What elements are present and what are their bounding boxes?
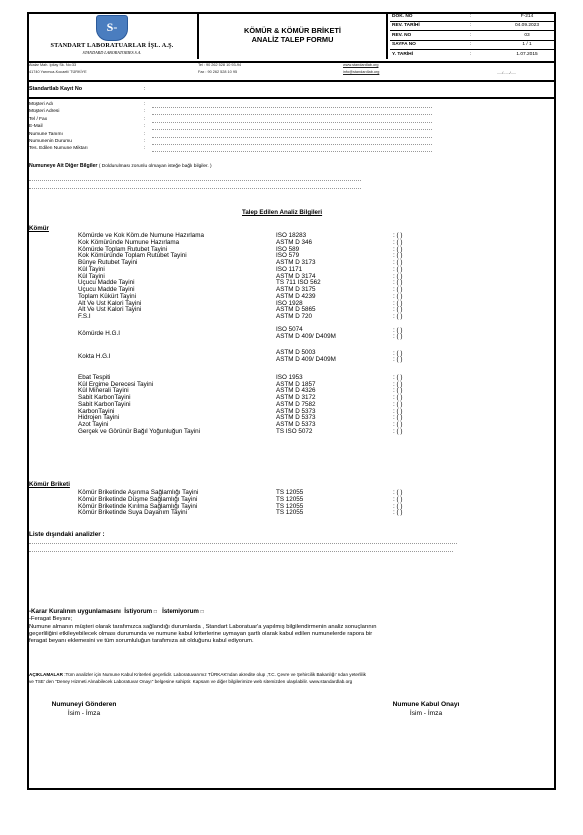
meta-key: DÖK. NO xyxy=(392,12,413,21)
website-link[interactable]: www.standardlab.org xyxy=(343,63,378,67)
customer-field-sep: : xyxy=(144,124,145,129)
analysis-name: Gerçek ve Görünür Bağıl Yoğunluğun Tayin… xyxy=(78,428,200,435)
customer-field-input[interactable] xyxy=(152,151,432,152)
customer-field-label: Numune Tanımı xyxy=(29,132,63,137)
customer-field-input[interactable] xyxy=(152,107,432,108)
waiver-text-3: feragat beyanı eklemesini ve tüm sorumlu… xyxy=(29,638,254,645)
customer-field-label: Müşteri Adresi xyxy=(29,109,59,114)
customer-field-input[interactable] xyxy=(152,129,432,130)
analysis-checkbox[interactable]: : ( ) xyxy=(393,509,402,516)
other-analyses-line-1[interactable] xyxy=(29,543,457,544)
analysis-standard: ASTM D 720 xyxy=(276,313,312,320)
meta-key: Y. TARİHİ xyxy=(392,50,413,59)
address-line2: 41740 Yarımca-Kocaeli/ TÜRKİYE xyxy=(29,70,87,74)
customer-field-sep: : xyxy=(144,109,145,114)
decision-no-label: İstemiyorum xyxy=(162,608,199,615)
company-subtitle: STANDARD LABORATORIES S.A. xyxy=(27,50,197,55)
notes-line2: ve TSE' den "Deney Hizmeti Alınabilecek … xyxy=(29,678,352,685)
customer-field-sep: : xyxy=(144,117,145,122)
waiver-title: -Feragat Beyanı; xyxy=(29,616,72,623)
customer-field-label: Müşteri Adı xyxy=(29,102,53,107)
meta-key: SAYFA NO xyxy=(392,40,416,49)
other-info-line-2[interactable] xyxy=(29,188,361,189)
date-field[interactable]: ...../....../..... xyxy=(497,71,516,75)
komur-section-title: Kömür xyxy=(29,225,49,232)
address-line1: Atalar Mah. İpilay Sk. No:33 xyxy=(29,63,76,67)
meta-sep: : xyxy=(470,12,471,21)
registration-label: Standartlab Kayıt No xyxy=(29,86,82,92)
customer-field-sep: : xyxy=(144,146,145,151)
analysis-standard: TS ISO 5072 xyxy=(276,428,312,435)
meta-value: 03 xyxy=(500,31,554,40)
other-analyses-label: Liste dışındaki analizler : xyxy=(29,531,105,538)
divider xyxy=(27,97,556,99)
customer-field-sep: : xyxy=(144,139,145,144)
customer-field-label: E-Mail xyxy=(29,124,43,129)
decision-yes-option[interactable]: İstiyorum □ xyxy=(123,608,157,615)
other-info-line-1[interactable] xyxy=(29,180,361,181)
approval-title: Numune Kabul Onayı xyxy=(356,701,496,708)
analysis-standard: ASTM D 409/ D409M xyxy=(276,356,336,363)
sender-signature[interactable]: İsim - İmza xyxy=(14,710,154,717)
other-info-note: ( Doldurulması zorunlu olmayan isteğe ba… xyxy=(99,164,212,169)
decision-rule-label: -Karar Kuralının uygunlamasını xyxy=(29,608,121,615)
document-meta: DÖK. NO:F-214REV. TARİHİ:04.09.2023REV. … xyxy=(390,12,554,59)
form-title-line2: ANALİZ TALEP FORMU xyxy=(199,35,386,44)
tel: Tel : 90 262 528 10 93-94 xyxy=(198,63,241,67)
customer-field-input[interactable] xyxy=(152,122,432,123)
analysis-name: Kömürde H.G.I xyxy=(78,330,120,337)
slab-logo-icon: S-Lab xyxy=(96,15,128,41)
other-info: Numuneye Ait Diğer Bilgiler ( Doldurulma… xyxy=(29,163,212,169)
analysis-name: Kokta H.G.I xyxy=(78,353,111,360)
analysis-standard: ASTM D 409/ D409M xyxy=(276,333,336,340)
registration-sep: : xyxy=(144,86,146,92)
email-link[interactable]: info@standardlab.org xyxy=(343,70,379,74)
customer-field-sep: : xyxy=(144,132,145,137)
analysis-standard: ISO 5074 xyxy=(276,326,303,333)
meta-sep: : xyxy=(470,21,471,30)
analysis-checkbox[interactable]: : ( ) xyxy=(393,428,402,435)
other-info-label: Numuneye Ait Diğer Bilgiler xyxy=(29,163,97,169)
meta-sep: : xyxy=(470,50,471,59)
decision-no-option[interactable]: İstemiyorum □ xyxy=(159,608,204,615)
fax: Fax : 90 262 528 10 95 xyxy=(198,70,237,74)
analysis-name: Kömür Briketinde Suya Dayanım Tayini xyxy=(78,509,187,516)
form-title: KÖMÜR & KÖMÜR BRİKETİ ANALİZ TALEP FORMU xyxy=(199,12,388,59)
customer-field-label: Tes. Edilen Numune Miktarı xyxy=(29,146,88,151)
customer-field-input[interactable] xyxy=(152,137,432,138)
analysis-standard: ASTM D 5003 xyxy=(276,349,316,356)
briket-section-title: Kömür Briketi xyxy=(29,481,70,488)
company-name: STANDART LABORATUARLAR İŞL. A.Ş. xyxy=(27,42,197,49)
customer-field-input[interactable] xyxy=(152,144,432,145)
customer-field-input[interactable] xyxy=(152,114,432,115)
logo-cell: S-Lab STANDART LABORATUARLAR İŞL. A.Ş. S… xyxy=(27,12,199,59)
analysis-checkbox[interactable]: : ( ) xyxy=(393,356,402,363)
decision-no-checkbox[interactable]: □ xyxy=(201,609,204,615)
decision-yes-checkbox[interactable]: □ xyxy=(154,609,157,615)
meta-value: 1 / 1 xyxy=(500,40,554,49)
customer-field-sep: : xyxy=(144,102,145,107)
meta-value: 1.07.2015 xyxy=(500,50,554,59)
analysis-checkbox[interactable]: : ( ) xyxy=(393,313,402,320)
meta-sep: : xyxy=(470,40,471,49)
customer-field-label: Tel / Fax xyxy=(29,117,47,122)
customer-field-label: Numunenin Durumu xyxy=(29,139,72,144)
approval-signature[interactable]: İsim - İmza xyxy=(356,710,496,717)
form-title-line1: KÖMÜR & KÖMÜR BRİKETİ xyxy=(199,26,386,35)
meta-sep: : xyxy=(470,31,471,40)
meta-key: REV. TARİHİ xyxy=(392,21,420,30)
meta-value: F-214 xyxy=(500,12,554,21)
other-analyses-line-2[interactable] xyxy=(29,551,453,552)
analysis-name: F.S.I xyxy=(78,313,91,320)
decision-yes-label: İstiyorum xyxy=(124,608,152,615)
decision-rule: -Karar Kuralının uygunlamasını İstiyorum… xyxy=(29,608,204,615)
form-header: S-Lab STANDART LABORATUARLAR İŞL. A.Ş. S… xyxy=(27,12,556,63)
divider xyxy=(27,80,556,82)
meta-row: Y. TARİHİ:1.07.2015 xyxy=(390,50,554,59)
analysis-checkbox[interactable]: : ( ) xyxy=(393,333,402,340)
analysis-title: Talep Edilen Analiz Bilgileri xyxy=(242,209,322,216)
sender-title: Numuneyi Gönderen xyxy=(14,701,154,708)
notes-label: AÇIKLAMALAR xyxy=(29,672,63,677)
notes-line1: AÇIKLAMALAR :Tüm analizler için Numune K… xyxy=(29,671,366,678)
notes-text-1: :Tüm analizler için Numune Kabul Kriterl… xyxy=(63,672,366,677)
analysis-standard: TS 12055 xyxy=(276,509,303,516)
meta-key: REV. NO xyxy=(392,31,411,40)
meta-value: 04.09.2023 xyxy=(500,21,554,30)
